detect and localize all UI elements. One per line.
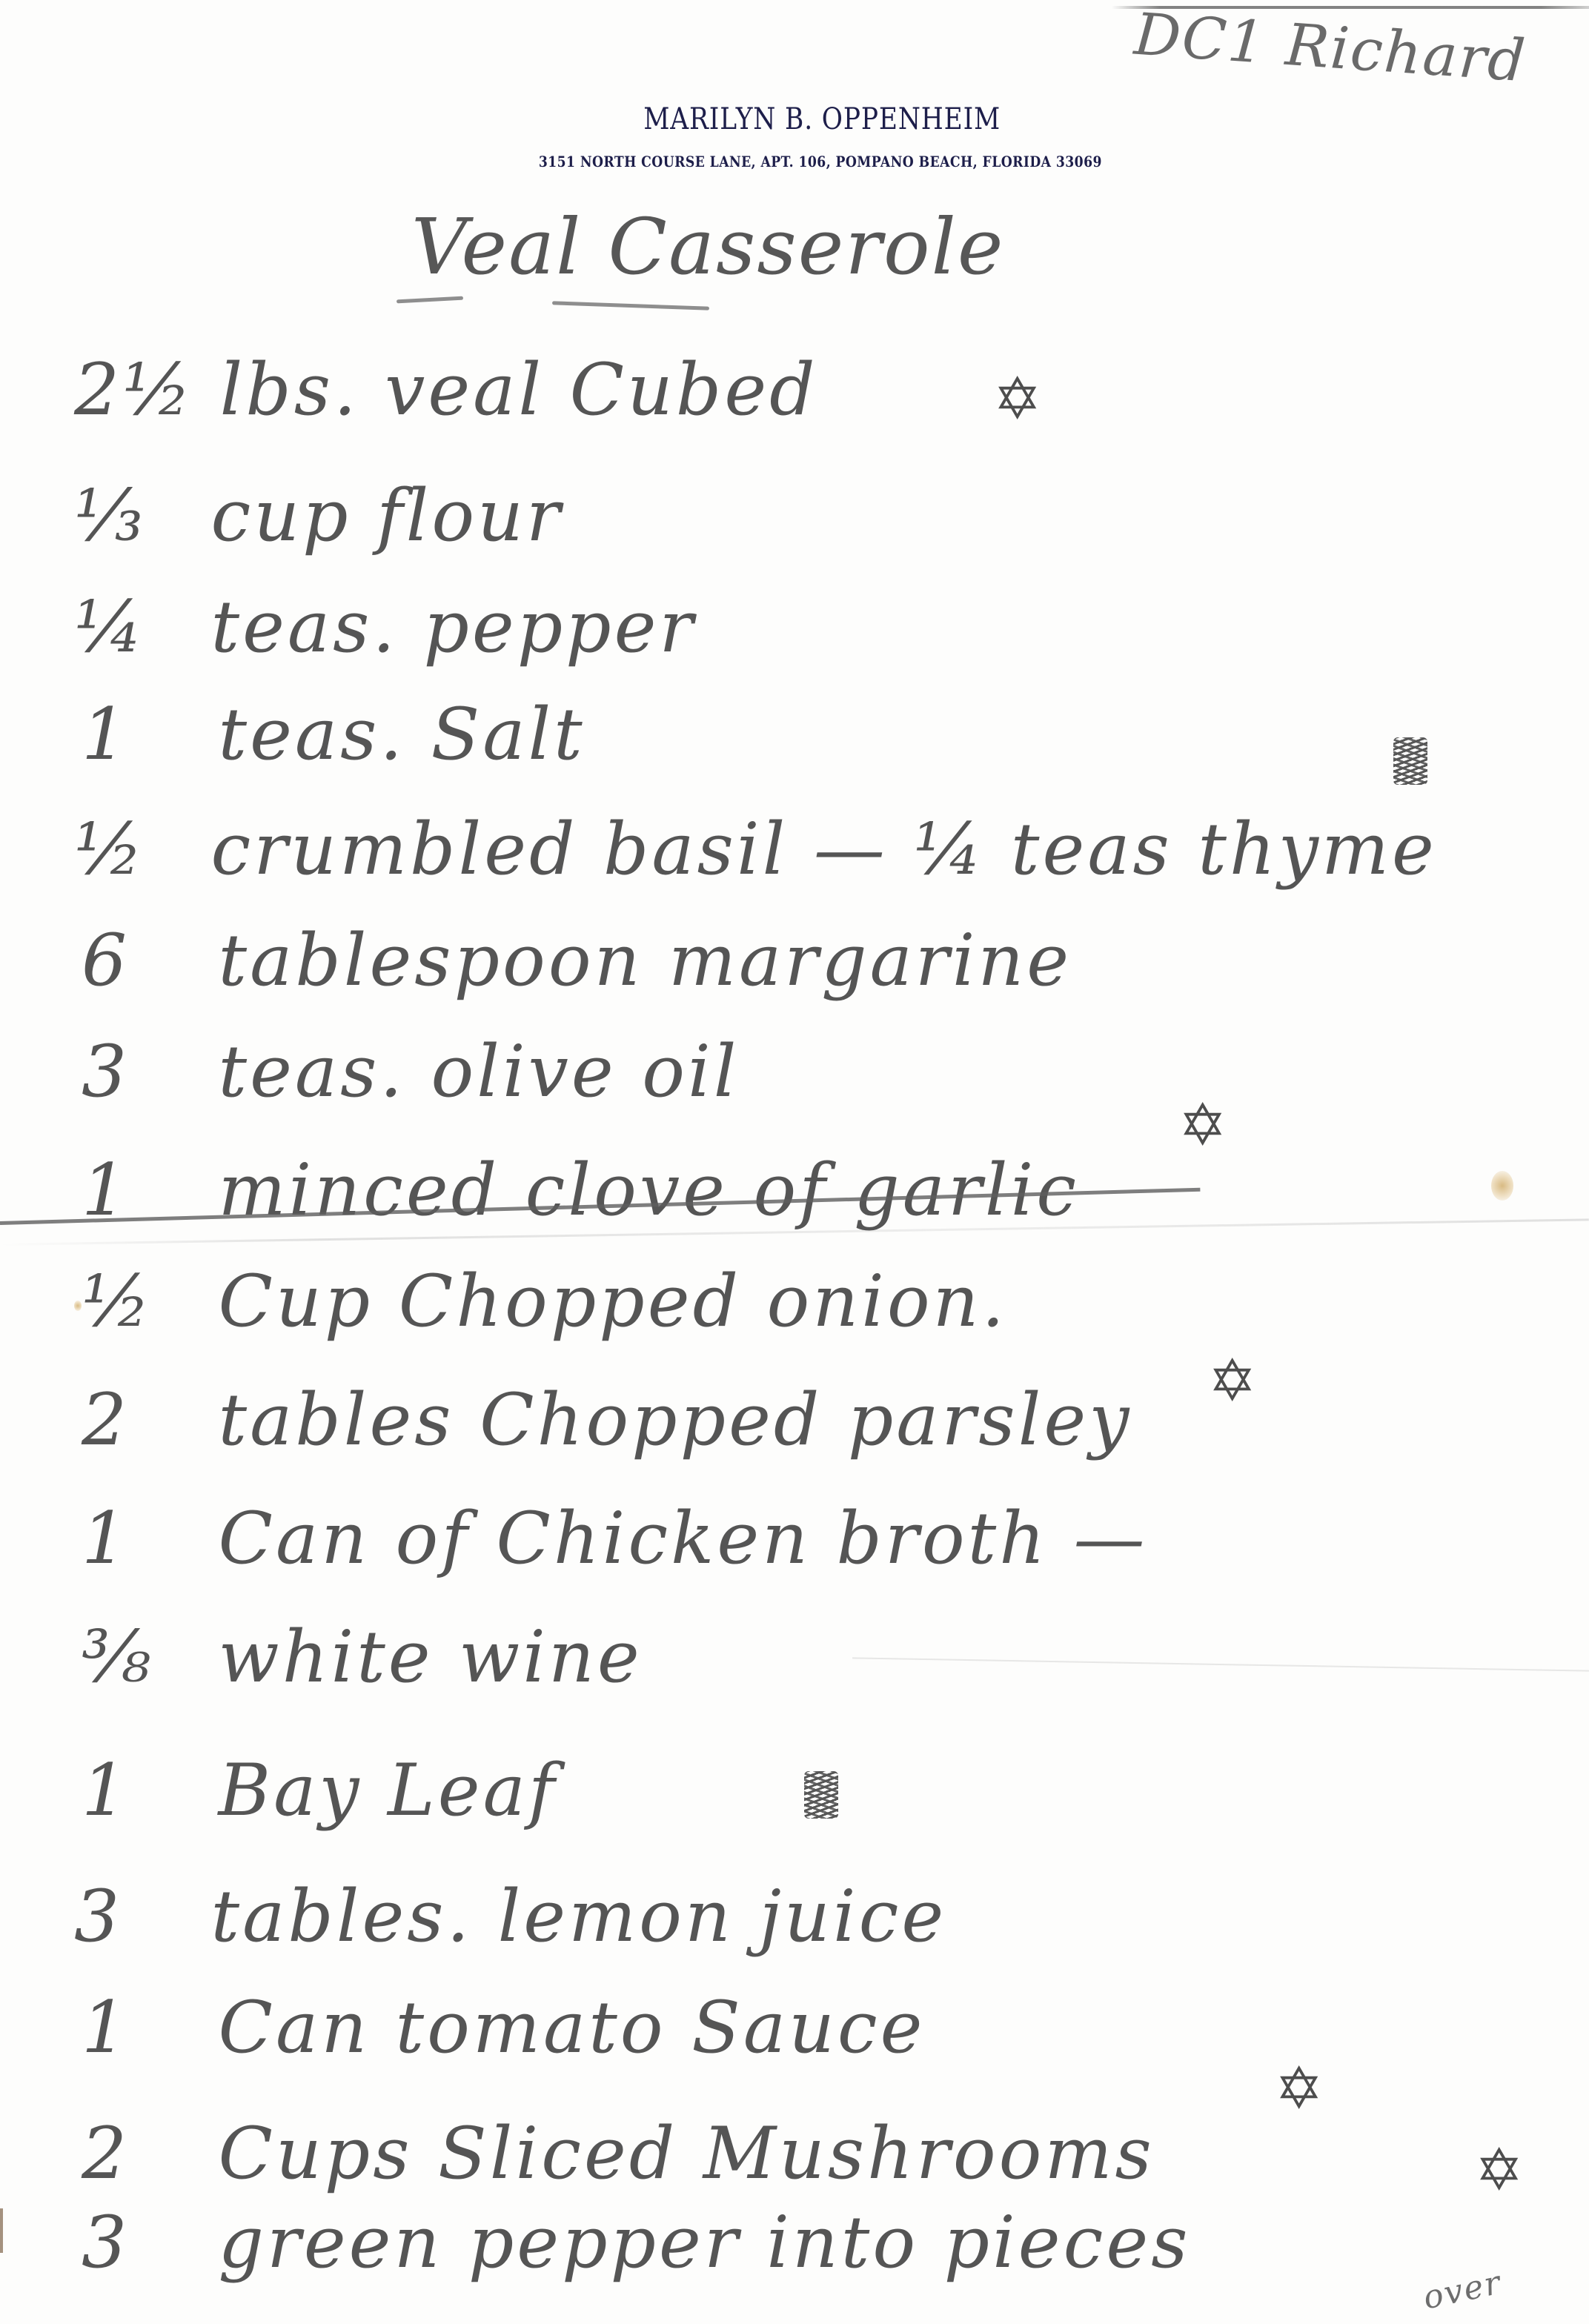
ingredient-qty: 1	[82, 1986, 193, 2069]
ingredient-line: 3 tables. lemon juice	[74, 1875, 946, 1958]
ingredient-qty: 3	[82, 2201, 193, 2284]
ingredient-item: Cup Chopped onion.	[219, 1260, 1007, 1343]
ingredient-item: cup flour	[211, 474, 563, 557]
ingredient-qty: ½	[82, 1260, 193, 1343]
ingredient-item: teas. Salt	[219, 693, 585, 776]
ingredient-line: 1 Can tomato Sauce	[82, 1986, 925, 2069]
ingredient-line: 1 Bay Leaf	[82, 1749, 557, 1832]
ingredient-qty: 3	[74, 1875, 185, 1958]
ingredient-line: ½ crumbled basil — ¼ teas thyme	[74, 808, 1437, 891]
ingredient-item: lbs. veal Cubed	[220, 348, 818, 431]
ingredient-qty: 1	[82, 1497, 193, 1580]
ingredient-line: ½ Cup Chopped onion.	[82, 1260, 1007, 1343]
ingredient-qty: ⅓	[74, 474, 185, 557]
ingredient-item: tablespoon margarine	[219, 919, 1072, 1002]
ingredient-item: tables Chopped parsley	[219, 1378, 1132, 1461]
ingredient-item: white wine	[219, 1616, 643, 1699]
ingredient-line: ⅓ cup flour	[74, 474, 563, 557]
ingredient-line: 3 teas. olive oil	[82, 1030, 739, 1113]
ingredient-item: teas. pepper	[211, 585, 697, 668]
ingredient-line: 2 Cups Sliced Mushrooms	[82, 2112, 1155, 2195]
ingredient-qty: ½	[74, 808, 185, 891]
ingredient-item: Can of Chicken broth —	[219, 1497, 1148, 1580]
ingredient-item: minced clove of garlic	[219, 1149, 1080, 1232]
ingredient-qty: 6	[82, 919, 193, 1002]
ingredient-qty: 3	[82, 1030, 193, 1113]
ingredient-qty: 1	[82, 693, 193, 776]
ingredient-item: Can tomato Sauce	[219, 1986, 926, 2069]
ingredient-item: Cups Sliced Mushrooms	[219, 2112, 1155, 2195]
ingredient-item: teas. olive oil	[219, 1030, 740, 1113]
ingredient-line: 2 tables Chopped parsley	[82, 1378, 1132, 1461]
star-mark-icon: ✡	[1475, 2142, 1523, 2199]
ingredient-list: 2½ lbs. veal Cubed ⅓ cup flour ¼ teas. p…	[0, 0, 1589, 2324]
ingredient-line: 2½ lbs. veal Cubed	[74, 348, 818, 431]
ingredient-line: 3 green pepper into pieces	[82, 2201, 1190, 2284]
recipe-letter-page: MARILYN B. OPPENHEIM 3151 NORTH COURSE L…	[0, 0, 1589, 2324]
ingredient-line: 1 teas. Salt	[82, 693, 585, 776]
ingredient-item: Bay Leaf	[219, 1749, 558, 1832]
star-mark-icon: ✡	[1178, 1097, 1227, 1155]
scribble-mark-icon	[804, 1771, 838, 1819]
ingredient-line: 6 tablespoon margarine	[82, 919, 1072, 1002]
ingredient-qty: ¼	[74, 585, 185, 668]
ingredient-line-crossed-out: 1 minced clove of garlic	[82, 1149, 1079, 1232]
ingredient-qty: 1	[82, 1749, 193, 1832]
ingredient-qty: ⅜	[82, 1616, 193, 1699]
ingredient-line: 1 Can of Chicken broth —	[82, 1497, 1148, 1580]
ingredient-item: crumbled basil — ¼ teas thyme	[211, 808, 1437, 891]
ingredient-item: green pepper into pieces	[219, 2201, 1191, 2284]
star-mark-icon: ✡	[1208, 1352, 1256, 1410]
ingredient-line: ¼ teas. pepper	[74, 585, 696, 668]
star-mark-icon: ✡	[993, 371, 1041, 428]
ingredient-qty: 2	[82, 1378, 193, 1461]
ingredient-qty: 2	[82, 2112, 193, 2195]
ingredient-item: tables. lemon juice	[211, 1875, 947, 1958]
ingredient-line: ⅜ white wine	[82, 1616, 643, 1699]
scribble-mark-icon	[1393, 737, 1427, 785]
ingredient-qty: 2½	[74, 348, 194, 431]
star-mark-icon: ✡	[1275, 2060, 1323, 2118]
